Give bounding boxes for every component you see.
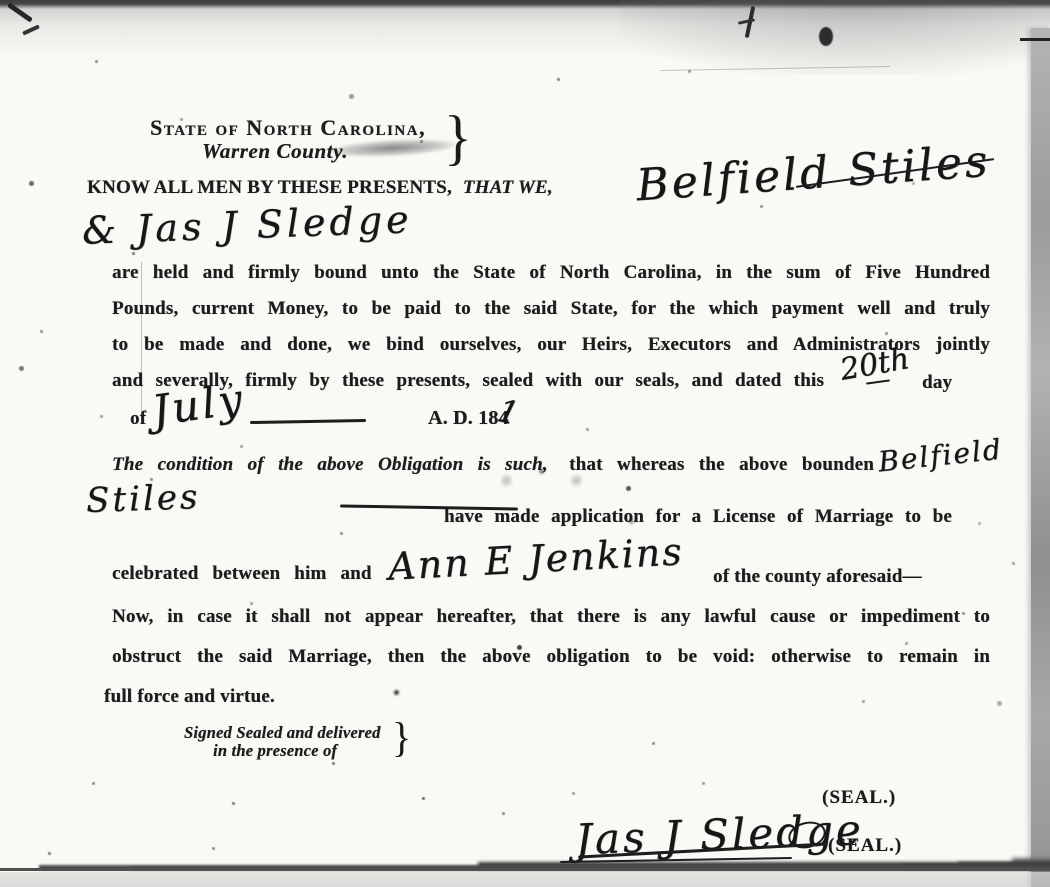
scan-bottom-margin (0, 872, 1050, 887)
handwritten-groom-first-name: Belfield (877, 436, 1004, 477)
scan-top-right-haze (620, 0, 1050, 75)
ink-blot (819, 27, 833, 46)
right-edge-pen-dash (1020, 38, 1050, 41)
now-clause-line-2: obstruct the said Marriage, then the abo… (112, 645, 990, 669)
now-clause-line-1: Now, in case it shall not appear hereaft… (112, 605, 990, 629)
handwritten-surety-name: & Jas J Sledge (81, 200, 413, 250)
of-word: of (130, 407, 146, 431)
obligation-line-2: Pounds, current Money, to be paid to the… (112, 297, 990, 321)
condition-italic-text: The condition of the above Obligation is… (112, 454, 548, 475)
condition-roman-text: that whereas the above bounden (569, 454, 874, 475)
day-word: day (922, 371, 952, 395)
paper-specks (0, 0, 3, 3)
opening-line: KNOW ALL MEN BY THESE PRESENTS, THAT WE, (87, 176, 553, 200)
seal-label-bottom: (SEAL.) (828, 834, 902, 858)
attestation-line-2: in the presence of (213, 741, 337, 762)
handwritten-groom-last-name: Stiles (85, 480, 200, 518)
opening-presents-text: KNOW ALL MEN BY THESE PRESENTS, (87, 177, 452, 198)
celebrated-line: celebrated between him and (112, 562, 372, 586)
now-clause-line-3: full force and virtue. (104, 685, 275, 709)
handwritten-bride-name: Ann E Jenkins (387, 532, 684, 585)
condition-lead-line: The condition of the above Obligation is… (112, 453, 874, 477)
handwritten-principal-name: Belfield Stiles (635, 140, 992, 209)
handwritten-day-value: 20th (838, 344, 912, 386)
pen-dash-stroke (250, 419, 366, 424)
header-brace: } (444, 102, 472, 172)
opening-that-we-text: THAT WE, (463, 177, 553, 198)
handwritten-month-value: July (150, 378, 248, 433)
obligation-line-1: are held and firmly bound unto the State… (112, 261, 990, 285)
application-line: have made application for a License of M… (444, 505, 952, 529)
scan-bottom-fold-line (0, 868, 1050, 871)
scan-right-edge-band (1031, 28, 1050, 887)
attestation-brace: } (392, 713, 411, 762)
county-aforesaid-text: of the county aforesaid— (713, 565, 922, 589)
county-heading: Warren County. (202, 138, 348, 164)
handwritten-year-digit: 1 (494, 394, 521, 430)
scanned-marriage-bond-document: State of North Carolina, } Warren County… (0, 0, 1050, 887)
